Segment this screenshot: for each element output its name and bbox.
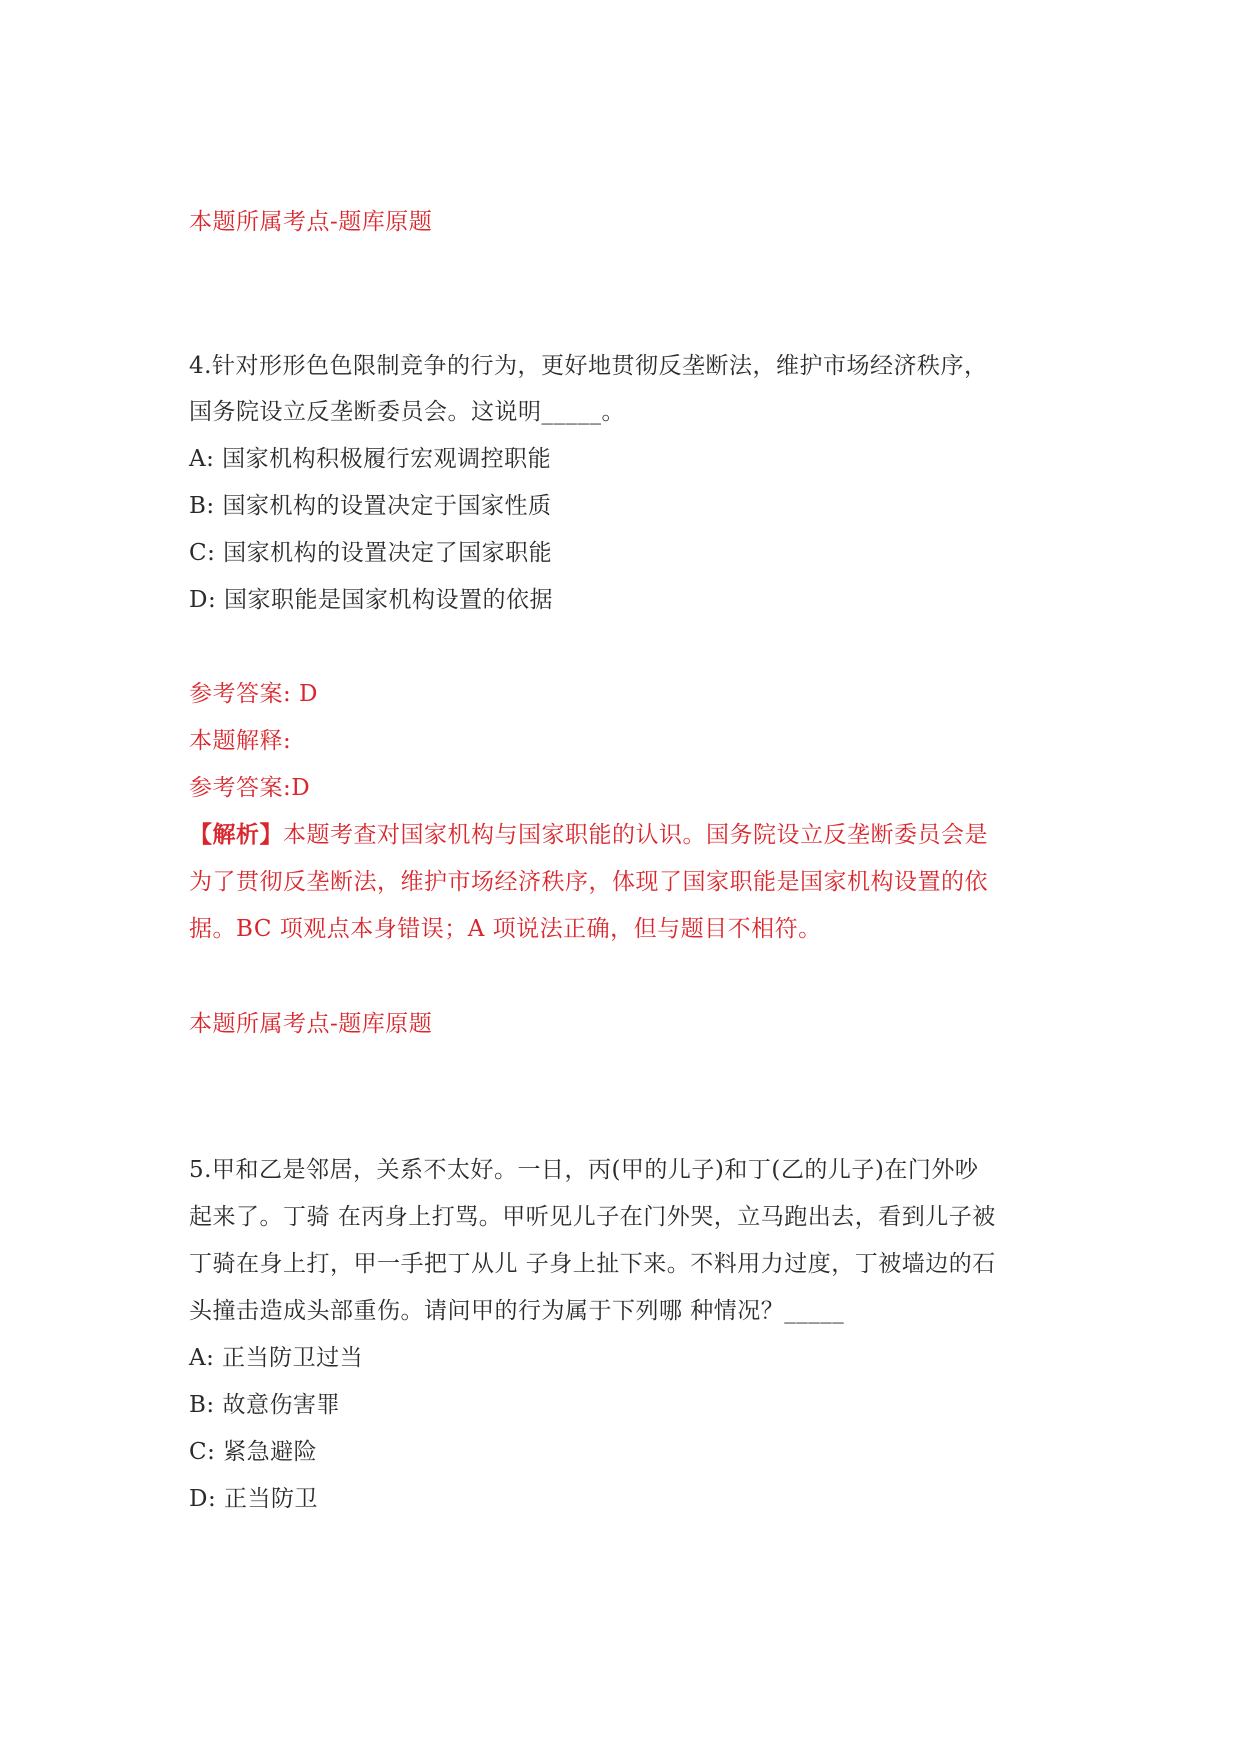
analysis-tag: 【解析】	[189, 821, 283, 848]
option-b: B: 故意伤害罪	[189, 1390, 340, 1420]
question-stem-line: 国务院设立反垄断委员会。这说明_____。	[189, 397, 625, 427]
document-page: 本题所属考点-题库原题 4.针对形形色色限制竞争的行为，更好地贯彻反垄断法，维护…	[0, 0, 1240, 1753]
answer-label: 参考答案: D	[189, 679, 318, 709]
explanation-label: 本题解释:	[189, 726, 291, 756]
option-a: A: 正当防卫过当	[189, 1343, 363, 1373]
question-stem-line: 4.针对形形色色限制竞争的行为，更好地贯彻反垄断法，维护市场经济秩序，	[189, 351, 987, 381]
option-d: D: 正当防卫	[189, 1484, 318, 1514]
answer-label-repeat: 参考答案:D	[189, 773, 310, 803]
question-stem-line: 起来了。丁骑 在丙身上打骂。甲听见儿子在门外哭，立马跑出去，看到儿子被	[189, 1202, 996, 1232]
question-stem-line: 头撞击造成头部重伤。请问甲的行为属于下列哪 种情况？_____	[189, 1296, 844, 1326]
analysis-line: 据。BC 项观点本身错误；A 项说法正确，但与题目不相符。	[189, 914, 822, 944]
option-c: C: 国家机构的设置决定了国家职能	[189, 538, 552, 568]
source-label: 本题所属考点-题库原题	[189, 207, 432, 237]
option-a: A: 国家机构积极履行宏观调控职能	[189, 444, 551, 474]
analysis-line: 【解析】本题考查对国家机构与国家职能的认识。国务院设立反垄断委员会是	[189, 820, 988, 850]
question-stem-line: 丁骑在身上打，甲一手把丁从儿 子身上扯下来。不料用力过度，丁被墙边的石	[189, 1249, 996, 1279]
option-c: C: 紧急避险	[189, 1437, 317, 1467]
analysis-text: 本题考查对国家机构与国家职能的认识。国务院设立反垄断委员会是	[283, 822, 988, 848]
analysis-line: 为了贯彻反垄断法，维护市场经济秩序，体现了国家职能是国家机构设置的依	[189, 867, 988, 897]
source-label: 本题所属考点-题库原题	[189, 1009, 432, 1039]
question-stem-line: 5.甲和乙是邻居，关系不太好。一日，丙(甲的儿子)和丁(乙的儿子)在门外吵	[189, 1155, 978, 1185]
option-b: B: 国家机构的设置决定于国家性质	[189, 491, 551, 521]
option-d: D: 国家职能是国家机构设置的依据	[189, 585, 553, 615]
